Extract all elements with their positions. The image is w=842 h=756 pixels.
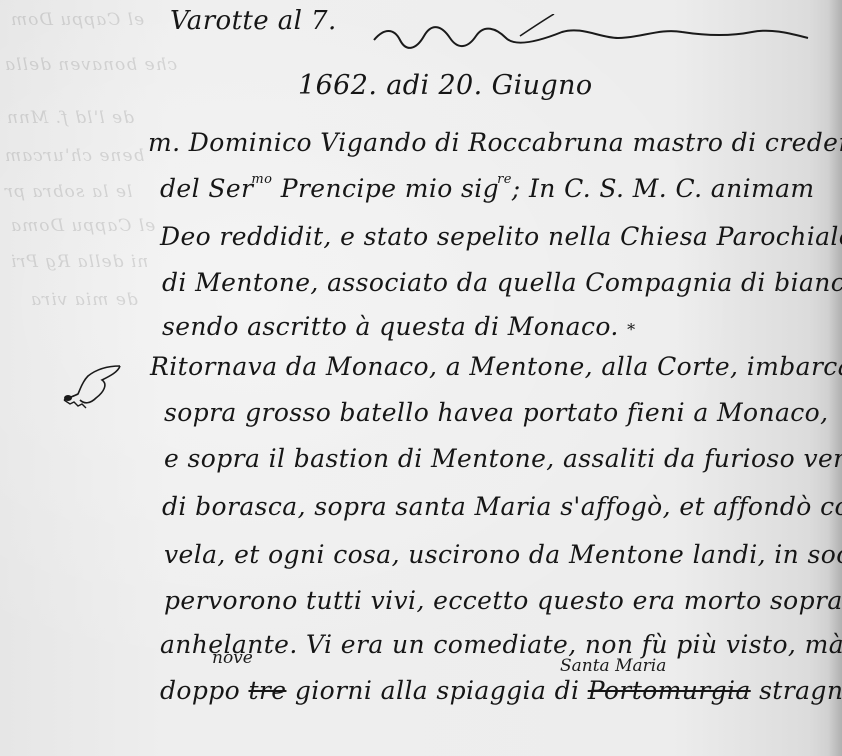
flourish-icon [372, 14, 812, 54]
bleed-line: el Cappu Doma [10, 216, 155, 236]
inserted-place: Santa Maria [560, 656, 666, 676]
entry-2-line-6: pervorono tutti vivi, eccetto questo era… [164, 586, 842, 615]
struck-place: Portomurgia [588, 676, 751, 705]
entry-2-line-7: anhelante. Vi era un comediate, non fù p… [160, 630, 842, 659]
header-line: Varotte al 7. [170, 6, 337, 36]
bleed-line: bene ch'urcam [4, 146, 144, 166]
abbr-superscript: mo [251, 172, 272, 187]
date-line: 1662. adi 20. Giugno [298, 70, 593, 101]
entry-1-line-4: di Mentone, associato da quella Compagni… [162, 268, 842, 297]
bleed-line: che bonaven della [4, 55, 177, 75]
manicule-pointing-hand-icon [58, 358, 126, 410]
struck-word: tre [248, 676, 286, 705]
entry-2-line-4: di borasca, sopra santa Maria s'affogò, … [162, 492, 842, 521]
bleed-line: ni della Rg Pri [10, 252, 148, 272]
manuscript-page: el Cappu Dom che bonaven della de l'ld f… [0, 0, 842, 756]
entry-1-line-5: sendo ascritto à questa di Monaco. * [162, 312, 636, 341]
entry-2-line-5: vela, et ogni cosa, uscirono da Mentone … [164, 540, 842, 569]
abbr-superscript: re [497, 172, 512, 187]
entry-2-line-1: Ritornava da Monaco, a Mentone, alla Cor… [150, 352, 842, 381]
entry-1-line-3: Deo reddidit, e stato sepelito nella Chi… [160, 222, 842, 251]
bleed-line: le la sobra pr [4, 182, 132, 202]
entry-1-line-1: m. Dominico Vigando di Roccabruna mastro… [148, 128, 842, 157]
page-edge-shadow [828, 0, 842, 756]
entry-2-last-line: doppo tre giorni alla spiaggia di Portom… [160, 676, 842, 705]
bleed-line: de mia vira [30, 290, 138, 310]
bleed-line: de l'ld f. Mnn [6, 108, 134, 128]
entry-2-line-3: e sopra il bastion di Mentone, assaliti … [164, 444, 842, 473]
header-prefix: Varotte al 7. [170, 6, 337, 36]
entry-2-line-2: sopra grosso batello havea portato fieni… [164, 398, 828, 427]
inserted-word: nove [212, 648, 253, 668]
bleed-line: el Cappu Dom [10, 10, 144, 30]
end-mark: * [627, 320, 635, 339]
entry-1-line-2: del Sermo Prencipe mio sigre; In C. S. M… [160, 172, 815, 203]
